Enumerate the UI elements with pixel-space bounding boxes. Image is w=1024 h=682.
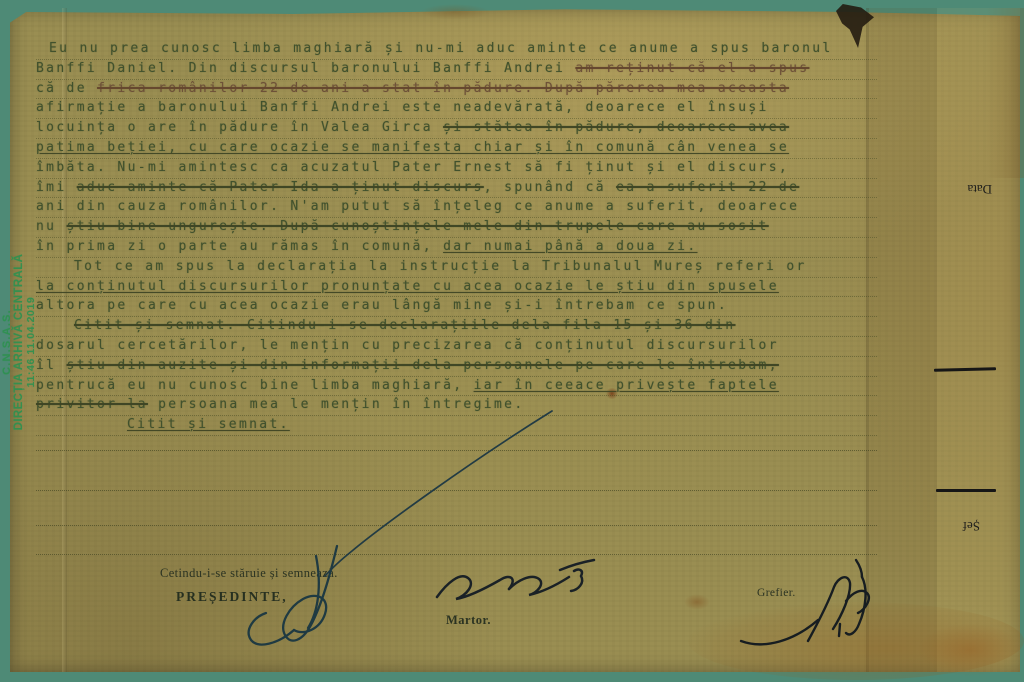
typed-segment: frica românilor 22 de ani a stat în pădu… <box>97 81 789 96</box>
typed-segment: și stătea în pădure, deoarece avea <box>443 120 789 135</box>
typed-segment: în prima zi o parte au rămas în comună, <box>36 239 443 254</box>
typed-segment: știu din auzite și din informații dela p… <box>67 358 779 373</box>
typed-line: îmbăta. Nu-mi amintesc ca acuzatul Pater… <box>36 159 877 179</box>
stain <box>918 624 1022 676</box>
stamp-timestamp: 11:46 11.04.2019 <box>25 213 37 471</box>
typed-segment: dar numai până a doua zi. <box>443 239 697 254</box>
read-and-sign-note: Cetindu-i-se stăruie și semnează. <box>160 566 338 581</box>
typed-text-block: Eu nu prea cunosc limba maghiară și nu-m… <box>36 40 877 555</box>
margin-rule <box>936 489 996 492</box>
typed-segment: Citit și semnat. Citindu-i-se declarații… <box>74 318 735 333</box>
witness-label: Martor. <box>446 613 491 628</box>
typed-line: în prima zi o parte au rămas în comună, … <box>36 238 877 258</box>
typed-line: Tot ce am spus la declarația la instrucț… <box>36 258 877 278</box>
stamp-department: DIRECȚIA ARHIVĂ CENTRALĂ <box>13 213 25 471</box>
stain <box>986 8 1024 178</box>
typed-segment: că de <box>36 81 97 96</box>
typed-segment: am reținut că el a spus <box>575 61 809 76</box>
typed-segment: îmbăta. Nu-mi amintesc ca acuzatul Pater… <box>36 160 789 175</box>
blank-ruled-line <box>36 526 877 555</box>
clerk-label: Grefier. <box>757 587 796 599</box>
blank-ruled-line <box>36 451 877 491</box>
typed-segment: dosarul cercetărilor, le mențin cu preci… <box>36 338 779 353</box>
typed-line: ani din cauza românilor. N'am putut să î… <box>36 198 877 218</box>
typed-segment: , spunând că <box>484 180 616 195</box>
typed-segment: Banffi Daniel. Din discursul baronului B… <box>36 61 575 76</box>
typed-segment: îmi <box>36 180 77 195</box>
scanned-document: Eu nu prea cunosc limba maghiară și nu-m… <box>0 0 1024 682</box>
typed-line: îl știu din auzite și din informații del… <box>36 357 877 377</box>
typed-line: Eu nu prea cunosc limba maghiară și nu-m… <box>36 40 877 60</box>
stain <box>420 4 490 20</box>
typed-segment: locuința o are în pădure în Valea Girca <box>36 120 443 135</box>
margin-label-data: Data <box>952 181 992 197</box>
typed-line: Banffi Daniel. Din discursul baronului B… <box>36 60 877 80</box>
typed-line: Citit și semnat. Citindu-i-se declarații… <box>36 317 877 337</box>
typed-segment: știu bine ungurește. După cunoștințele m… <box>67 219 769 234</box>
typed-line: patima beției, cu care ocazie se manifes… <box>36 139 877 159</box>
typed-segment: aduc aminte că Pater Ida a ținut discurs <box>77 180 484 195</box>
typed-line: afirmație a baronului Banffi Andrei este… <box>36 99 877 119</box>
margin-label-sef: Șef <box>950 518 980 534</box>
typed-segment: afirmație a baronului Banffi Andrei este… <box>36 100 769 115</box>
right-fold-band <box>869 8 937 672</box>
typed-line: locuința o are în pădure în Valea Girca … <box>36 119 877 139</box>
stain <box>684 594 710 610</box>
typed-segment: Citit și semnat. <box>127 417 290 432</box>
typed-line: Citit și semnat. <box>36 416 877 436</box>
blank-ruled-line <box>36 436 877 451</box>
blank-ruled-line <box>36 491 877 526</box>
typed-line: altora pe care cu acea ocazie erau lângă… <box>36 297 877 317</box>
typed-segment: ani din cauza românilor. N'am putut să î… <box>36 199 799 214</box>
president-label: PREȘEDINTE, <box>176 589 288 605</box>
typed-line: pentrucă eu nu cunosc bine limba maghiar… <box>36 377 877 397</box>
typed-segment: altora pe care cu acea ocazie erau lângă… <box>36 298 728 313</box>
typed-segment: patima beției, cu care ocazie se manifes… <box>36 140 789 155</box>
typed-segment: la conținutul discursurilor pronunțate c… <box>36 279 779 294</box>
typed-line: îmi aduc aminte că Pater Ida a ținut dis… <box>36 179 877 199</box>
typed-line: privitor la persoana mea le mențin în în… <box>36 396 877 416</box>
typed-line: la conținutul discursurilor pronunțate c… <box>36 278 877 298</box>
stamp-org: C.N.S.A.S. <box>1 213 13 471</box>
typed-line: nu știu bine ungurește. După cunoștințel… <box>36 218 877 238</box>
typed-segment: persoana mea le mențin în întregime. <box>148 397 525 412</box>
typed-line: dosarul cercetărilor, le mențin cu preci… <box>36 337 877 357</box>
typed-segment: Eu nu prea cunosc limba maghiară și nu-m… <box>49 41 833 56</box>
typed-segment: pentrucă eu nu cunosc bine limba maghiar… <box>36 378 474 393</box>
typed-segment: ea a suferit 22 de <box>616 180 799 195</box>
typed-segment: Tot ce am spus la declarația la instrucț… <box>74 259 807 274</box>
typed-line: că de frica românilor 22 de ani a stat î… <box>36 80 877 100</box>
typed-segment: iar în ceeace privește faptele <box>474 378 779 393</box>
archive-stamp: C.N.S.A.S. DIRECȚIA ARHIVĂ CENTRALĂ 11:4… <box>1 213 59 471</box>
